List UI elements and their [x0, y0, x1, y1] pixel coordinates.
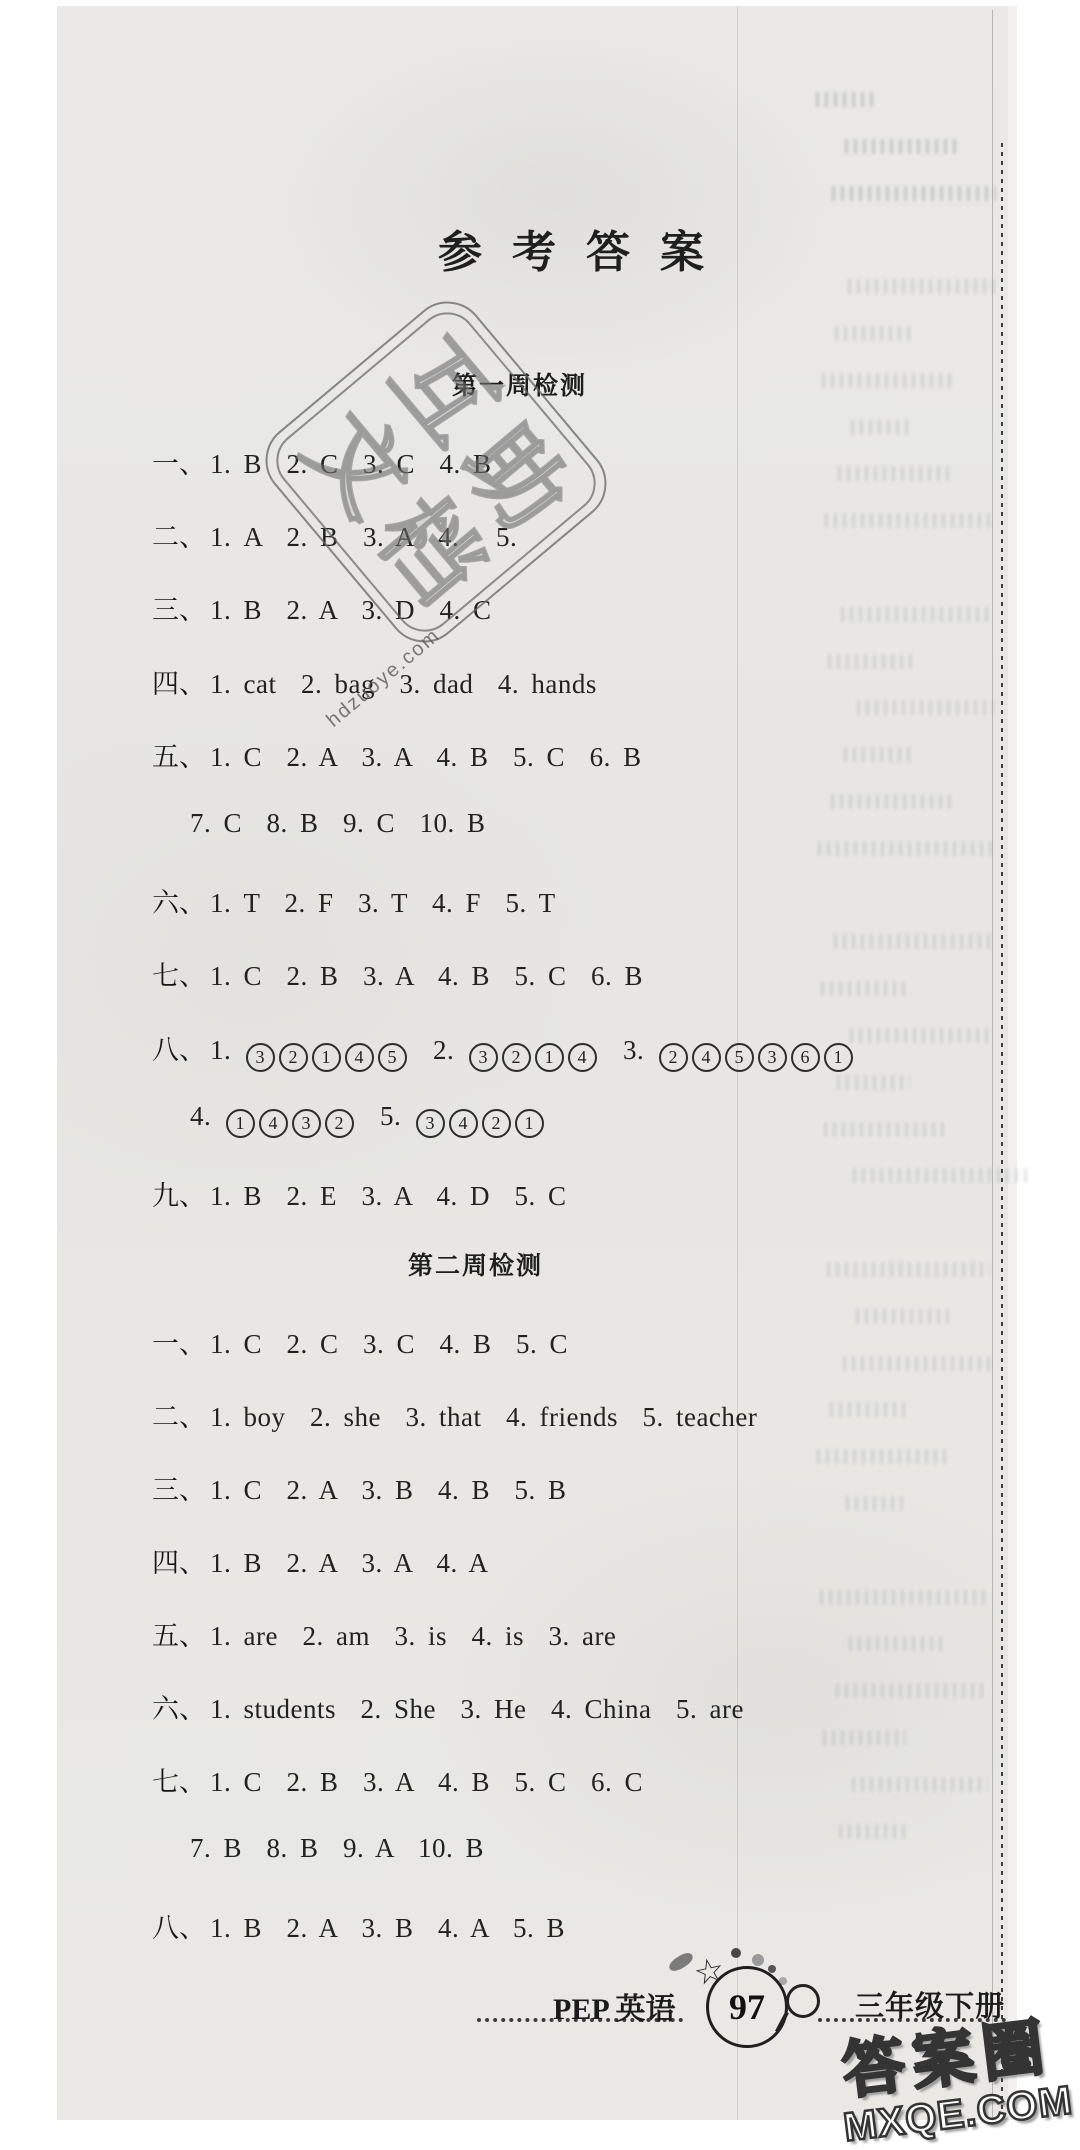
- bleed-through-smudge: [825, 513, 994, 528]
- bleed-through-smudge: [843, 1356, 990, 1371]
- question-section-marker: 二、: [152, 1402, 206, 1432]
- bleed-through-smudge: [821, 981, 910, 996]
- circled-number: 5: [378, 1043, 407, 1072]
- circled-number: 2: [279, 1043, 308, 1072]
- answer-line: 七、1. C 2. B 3. A 4. B 5. C 6. C: [152, 1760, 643, 1799]
- confetti-dot: [731, 1948, 741, 1958]
- bleed-through-smudge: [834, 934, 992, 949]
- bleed-through-smudge: [853, 1168, 1032, 1183]
- answer-line: 八、1. B 2. A 3. B 4. A 5. B: [152, 1906, 565, 1945]
- circled-number: 3: [292, 1109, 321, 1138]
- circled-number: 1: [312, 1043, 341, 1072]
- answer-line: 八、1. 32145 2. 3214 3. 245361: [152, 1028, 855, 1072]
- answer-line: 四、1. B 2. A 3. A 4. A: [152, 1541, 489, 1580]
- bleed-through-smudge: [830, 1402, 908, 1417]
- question-section-marker: 三、: [152, 595, 206, 625]
- answer-line: 五、1. are 2. am 3. is 4. is 3. are: [152, 1614, 616, 1653]
- circled-number: 4: [345, 1043, 374, 1072]
- bleed-through-smudge: [837, 1075, 910, 1090]
- bleed-through-smudge: [846, 1496, 908, 1511]
- answer-line: 7. B 8. B 9. A 10. B: [152, 1833, 484, 1864]
- bleed-through-smudge: [823, 1730, 906, 1745]
- question-section-marker: 八、: [152, 1035, 206, 1065]
- circled-number: 3: [416, 1109, 445, 1138]
- question-section-marker: 七、: [152, 961, 206, 991]
- bleed-through-smudge: [844, 747, 912, 762]
- question-section-marker: 一、: [152, 449, 206, 479]
- bleed-through-smudge: [817, 1449, 948, 1464]
- circled-number: 2: [325, 1109, 354, 1138]
- bleed-through-smudge: [850, 1028, 992, 1043]
- answer-line: 九、1. B 2. E 3. A 4. D 5. C: [152, 1174, 567, 1213]
- page-edge-line: [992, 10, 993, 2120]
- answer-line: 六、1. T 2. F 3. T 4. F 5. T: [152, 881, 556, 920]
- page-title: 参考答案: [438, 216, 734, 280]
- question-section-marker: 四、: [152, 1548, 206, 1578]
- bleed-through-smudge: [848, 279, 996, 294]
- answer-line: 七、1. C 2. B 3. A 4. B 5. C 6. B: [152, 954, 643, 993]
- answer-line: 五、1. C 2. A 3. A 4. B 5. C 6. B: [152, 735, 642, 774]
- circled-number: 1: [226, 1109, 255, 1138]
- question-section-marker: 二、: [152, 522, 206, 552]
- scanned-answer-page: 参考答案 第一周检测一、1. B 2. C 3. C 4. B二、1. A 2.…: [0, 0, 1080, 2130]
- question-section-marker: 七、: [152, 1767, 206, 1797]
- answer-line: 三、1. C 2. A 3. B 4. B 5. B: [152, 1468, 567, 1507]
- circled-number: 2: [659, 1043, 688, 1072]
- circled-number: 4: [259, 1109, 288, 1138]
- bleed-through-smudge: [849, 1636, 948, 1651]
- circled-number: 5: [725, 1043, 754, 1072]
- bleed-through-smudge: [851, 420, 914, 435]
- circled-number: 4: [568, 1043, 597, 1072]
- circled-number: 1: [515, 1109, 544, 1138]
- bleed-through-smudge: [835, 326, 914, 341]
- footer-series-label: PEP 英语: [553, 1984, 676, 2028]
- perforation-dotted-line: [1001, 143, 1003, 2123]
- question-section-marker: 八、: [152, 1913, 206, 1943]
- bleed-through-smudge: [824, 1122, 950, 1137]
- bleed-through-smudge: [857, 700, 994, 715]
- question-section-marker: 一、: [152, 1329, 206, 1359]
- bleed-through-smudge: [838, 466, 954, 481]
- circled-number: 3: [758, 1043, 787, 1072]
- bleed-through-smudge: [856, 1309, 950, 1324]
- answer-line: 二、1. boy 2. she 3. that 4. friends 5. te…: [152, 1395, 757, 1434]
- bleed-through-smudge: [852, 1777, 988, 1792]
- circled-number: 1: [535, 1043, 564, 1072]
- question-section-marker: 四、: [152, 669, 206, 699]
- bleed-through-smudge: [839, 1824, 906, 1839]
- answer-line: 六、1. students 2. She 3. He 4. China 5. a…: [152, 1687, 744, 1726]
- bleed-through-smudge: [831, 794, 952, 809]
- circled-number: 3: [246, 1043, 275, 1072]
- circled-number: 3: [469, 1043, 498, 1072]
- bleed-through-smudge: [845, 139, 956, 154]
- bleed-through-smudge: [841, 607, 994, 622]
- circled-number: 6: [791, 1043, 820, 1072]
- bleed-through-smudge: [816, 92, 874, 107]
- footer-grade-label: 三年级下册: [855, 1984, 1005, 2025]
- question-section-marker: 九、: [152, 1181, 206, 1211]
- bleed-through-smudge: [820, 1590, 988, 1605]
- answer-line: 7. C 8. B 9. C 10. B: [152, 808, 486, 839]
- confetti-dot: [752, 1954, 764, 1966]
- bleed-through-smudge: [836, 1683, 988, 1698]
- circled-number: 4: [449, 1109, 478, 1138]
- section-title: 第二周检测: [408, 1246, 543, 1282]
- answer-line: 一、1. C 2. C 3. C 4. B 5. C: [152, 1322, 568, 1361]
- bleed-through-smudge: [818, 841, 992, 856]
- bleed-through-smudge: [822, 373, 954, 388]
- question-section-marker: 六、: [152, 1694, 206, 1724]
- bleed-through-smudge: [828, 654, 912, 669]
- question-section-marker: 三、: [152, 1475, 206, 1505]
- answer-line: 4. 1432 5. 3421: [152, 1101, 546, 1138]
- page-edge-strip: [1008, 6, 1017, 2120]
- question-section-marker: 六、: [152, 888, 206, 918]
- question-section-marker: 五、: [152, 742, 206, 772]
- magnifier-icon: [786, 1984, 820, 2018]
- bleed-through-smudge: [827, 1262, 990, 1277]
- circled-number: 1: [824, 1043, 853, 1072]
- bleed-through-smudge: [832, 186, 996, 201]
- circled-number: 2: [502, 1043, 531, 1072]
- circled-number: 4: [692, 1043, 721, 1072]
- question-section-marker: 五、: [152, 1621, 206, 1651]
- circled-number: 2: [482, 1109, 511, 1138]
